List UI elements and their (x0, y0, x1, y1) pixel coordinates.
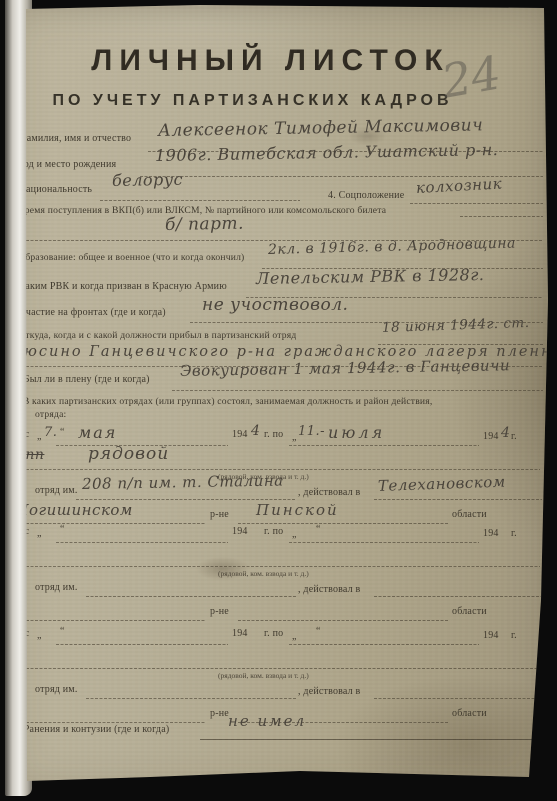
rule-line (86, 596, 296, 597)
field-4-value: колхозник (416, 175, 503, 197)
field-9-label: 9. Откуда, когда и с какой должности при… (8, 330, 296, 341)
quote-close: “ (316, 626, 321, 637)
quote-close: “ (60, 524, 65, 535)
entry-to-year-digit: 4 (501, 425, 510, 441)
oblast-label: области (452, 509, 487, 520)
quote-close: “ (60, 626, 65, 637)
year-g: г. (511, 528, 517, 539)
quote-close: “ (60, 427, 65, 438)
entry-to-month: июля (328, 423, 385, 442)
entry-region: Пинской (256, 501, 339, 519)
field-6-value: 2кл. в 1916г. в д. Ародновщина (268, 236, 516, 258)
rule-line (374, 698, 542, 699)
acted-label: , действовал в (298, 584, 360, 595)
entry-from-month: мая (78, 423, 117, 442)
field-4-label: 4. Соцположение (328, 190, 404, 201)
field-8-label: 8. Участие на фронтах (где и когда) (8, 307, 166, 318)
field-8-value: не учоствовол. (202, 295, 348, 315)
entry-district: Логишинском (16, 501, 133, 519)
field-11-label: 11. В каких партизанских отрядах (или гр… (8, 396, 432, 407)
rule-line (56, 542, 228, 543)
role-hint: (рядовой, ком. взвода и т. д.) (218, 569, 309, 578)
entry-from-year-digit: 4 (251, 423, 260, 439)
field-7-value: Лепельским РВК в 1928г. (256, 265, 485, 288)
rne-label: р-не (210, 509, 229, 520)
rule-line (374, 596, 542, 597)
otryad-label: отряд им. (35, 485, 78, 496)
rule-line (76, 499, 296, 500)
year-prefix: 194 (232, 628, 248, 639)
field-9-value: 18 июня 1944г. ст. (382, 315, 530, 336)
rule-line (238, 523, 448, 524)
rule-line (86, 698, 296, 699)
entry-role: рядовой (88, 444, 169, 464)
field-12-value: не имел (228, 712, 306, 730)
service-entry-1: 1. с „ 7. “ мая 194 4 г. по „ 11.- июля … (0, 429, 557, 529)
oblast-label: области (452, 606, 487, 617)
rule-line (8, 566, 540, 567)
quote-open: „ (37, 528, 42, 539)
rule-line (374, 499, 542, 500)
rule-line (460, 216, 543, 217)
year-g-po: г. по (264, 628, 283, 639)
quote-close: “ (316, 524, 321, 535)
rule-line (289, 644, 479, 645)
paper-sheet: ЛИЧНЫЙ ЛИСТОК ПО УЧЕТУ ПАРТИЗАНСКИХ КАДР… (0, 0, 557, 801)
entry-from-day: 7. (44, 425, 57, 440)
entry-unit: 208 п/п им. т. Сталина (82, 471, 284, 493)
quote-open: „ (292, 432, 297, 443)
scanned-document: ЛИЧНЫЙ ЛИСТОК ПО УЧЕТУ ПАРТИЗАНСКИХ КАДР… (0, 0, 557, 801)
year-prefix: 194 (232, 429, 248, 440)
rule-line (410, 203, 543, 204)
role-hint: (рядовой, ком. взвода и т. д.) (218, 671, 309, 680)
rule-line (8, 620, 206, 621)
rule-line (289, 445, 479, 446)
quote-open: „ (292, 529, 297, 540)
year-g-po: г. по (264, 429, 283, 440)
field-10-label: 10. Был ли в плену (где и когда) (8, 374, 150, 385)
acted-label: , действовал в (298, 487, 360, 498)
rule-line (56, 644, 228, 645)
year-prefix: 194 (483, 528, 499, 539)
oblast-label: области (452, 708, 487, 719)
acted-label: , действовал в (298, 686, 360, 697)
otryad-label: отряд им. (35, 684, 78, 695)
field-2-value: 1906г. Витебская обл. Ушатский р-н. (155, 140, 499, 165)
year-g-po: г. по (264, 526, 283, 537)
entry-to-day: 11.- (298, 424, 325, 439)
year-prefix: 194 (483, 630, 499, 641)
rule-line (200, 739, 540, 740)
field-11-label-line2: отряда: (35, 409, 66, 420)
quote-open: „ (37, 431, 42, 442)
field-1-label: 1. Фамилия, имя и отчество (8, 133, 131, 144)
rule-line (100, 200, 300, 201)
rule-line (8, 469, 540, 470)
entry-acted-in: Телехановском (378, 473, 506, 495)
field-6-label: 6. Образование: общее и военное (что и к… (8, 252, 244, 263)
service-entry-2: 2. с „ “ 194 г. по „ “ 194 г. (рядовой, … (0, 526, 557, 626)
handwritten-page-number: 24 (438, 45, 505, 108)
rule-line (8, 722, 206, 723)
rule-line (172, 390, 543, 391)
rne-label: р-не (210, 606, 229, 617)
field-12-label: 12. Ранения и контузии (где и когда) (8, 724, 169, 735)
field-7-label: 7. Каким РВК и когда призван в Красную А… (8, 281, 227, 292)
rule-line (289, 542, 479, 543)
quote-open: „ (292, 631, 297, 642)
year-prefix: 194 (232, 526, 248, 537)
year-g: г. (511, 431, 517, 442)
field-5-value: б/ парт. (165, 214, 244, 235)
rule-line (8, 668, 540, 669)
field-1-value: Алексеенок Тимофей Максимович (158, 115, 484, 141)
year-g: г. (511, 630, 517, 641)
field-3-value: белорус (112, 170, 183, 190)
quote-open: „ (37, 630, 42, 641)
rule-line (238, 620, 448, 621)
rne-label: р-не (210, 708, 229, 719)
otryad-label: отряд им. (35, 582, 78, 593)
rule-line (8, 523, 206, 524)
year-prefix: 194 (483, 431, 499, 442)
